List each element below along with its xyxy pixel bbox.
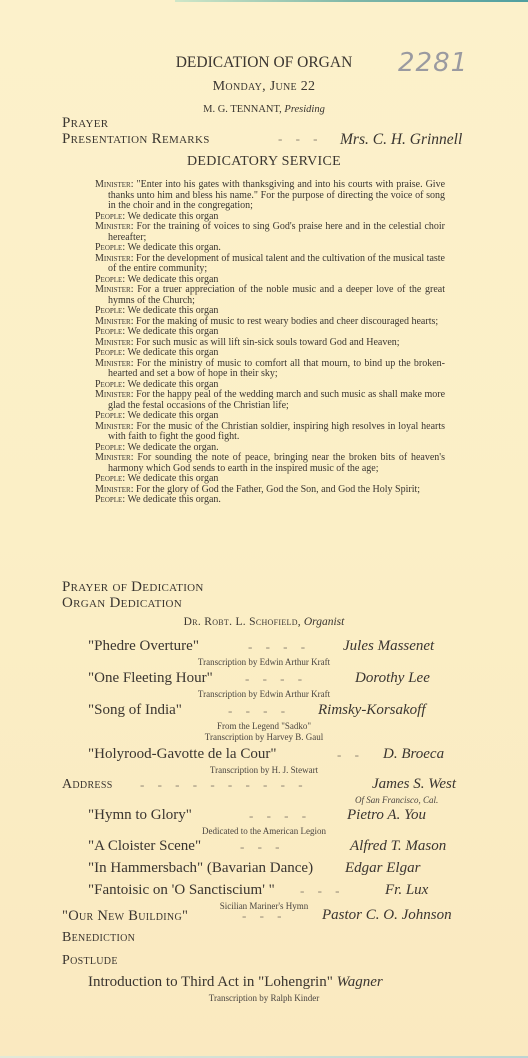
event-date: Monday, June 22 xyxy=(0,79,528,95)
presentation-person: Mrs. C. H. Grinnell xyxy=(340,131,462,149)
our-new-building-person: Pastor C. O. Johnson xyxy=(322,907,452,924)
litany-speaker: Minister: xyxy=(95,421,134,432)
dotted-leader: - - xyxy=(337,747,364,763)
litany-text: We dedicate this organ xyxy=(127,274,218,285)
postlude-title: Introduction to Third Act in "Lohengrin" xyxy=(88,974,333,990)
piece-title: "Holyrood-Gavotte de la Cour" xyxy=(88,746,276,763)
postlude-note: Transcription by Ralph Kinder xyxy=(0,993,528,1003)
organist-line: Dr. Robt. L. Schofield, Organist xyxy=(0,616,528,628)
piece-title: "One Fleeting Hour" xyxy=(88,670,213,687)
litany-speaker: Minister: xyxy=(95,358,134,369)
address-person: James S. West xyxy=(372,776,456,793)
litany-speaker: People: xyxy=(95,442,125,453)
litany-speaker: Minister: xyxy=(95,337,134,348)
program-page: DEDICATION OF ORGAN 2281 Monday, June 22… xyxy=(0,0,528,1058)
litany-text: For the glory of God the Father, God the… xyxy=(136,484,420,495)
our-new-building-title: "Our New Building" xyxy=(62,908,188,925)
litany-text: We dedicate this organ xyxy=(127,347,218,358)
litany-text: "Enter into his gates with thanksgiving … xyxy=(108,179,445,211)
litany-text: We dedicate the organ. xyxy=(127,442,218,453)
postlude-composer: Wagner xyxy=(337,974,383,990)
litany-text: For the music of the Christian soldier, … xyxy=(108,421,445,443)
litany-speaker: People: xyxy=(95,305,125,316)
piece-note: Dedicated to the American Legion xyxy=(0,826,528,836)
piece-note: Transcription by H. J. Stewart xyxy=(0,765,528,775)
presiding-line: M. G. TENNANT, Presiding xyxy=(0,104,528,115)
organ-dedication-heading: Organ Dedication xyxy=(62,595,182,612)
litany-text: We dedicate this organ. xyxy=(127,494,220,505)
litany-line: Minister: For the happy peal of the wedd… xyxy=(95,390,445,411)
piece-note: Transcription by Edwin Arthur Kraft xyxy=(0,657,528,667)
litany-speaker: Minister: xyxy=(95,389,134,400)
piece-title: "Phedre Overture" xyxy=(88,638,199,655)
litany-text: For a truer appreciation of the noble mu… xyxy=(108,284,445,306)
litany-speaker: People: xyxy=(95,347,125,358)
piece-composer: Rimsky-Korsakoff xyxy=(318,702,425,719)
piece-note: From the Legend "Sadko" xyxy=(0,721,528,731)
handwritten-number: 2281 xyxy=(398,48,468,78)
litany-text: We dedicate this organ xyxy=(127,211,218,222)
litany-speaker: Minister: xyxy=(95,253,134,264)
dedicatory-service-heading: DEDICATORY SERVICE xyxy=(0,154,528,170)
litany-text: We dedicate this organ xyxy=(127,410,218,421)
piece-title: "Hymn to Glory" xyxy=(88,807,192,824)
litany-line: Minister: For the development of musical… xyxy=(95,254,445,275)
litany-speaker: People: xyxy=(95,242,125,253)
prayer-of-dedication-heading: Prayer of Dedication xyxy=(62,579,204,596)
organist-role: Organist xyxy=(304,616,344,628)
dotted-leader: - - - xyxy=(300,883,345,899)
litany-text: For the happy peal of the wedding march … xyxy=(108,389,445,411)
litany-speaker: People: xyxy=(95,410,125,421)
dotted-leader: - - - xyxy=(240,839,285,855)
litany-line: Minister: For a truer appreciation of th… xyxy=(95,285,445,306)
litany-speaker: People: xyxy=(95,494,125,505)
litany-speaker: People: xyxy=(95,473,125,484)
litany-line: Minister: For the ministry of music to c… xyxy=(95,359,445,380)
dotted-leader: - - - - xyxy=(228,703,290,719)
litany-speaker: People: xyxy=(95,211,125,222)
litany-speaker: Minister: xyxy=(95,179,134,190)
litany-text: For the making of music to rest weary bo… xyxy=(136,316,438,327)
address-note: Of San Francisco, Cal. xyxy=(355,795,438,805)
responsive-litany: Minister: "Enter into his gates with tha… xyxy=(95,180,445,506)
piece-note: Transcription by Edwin Arthur Kraft xyxy=(0,689,528,699)
litany-text: We dedicate this organ xyxy=(127,473,218,484)
dotted-leader: - - - - xyxy=(249,808,311,824)
piece-composer: Alfred T. Mason xyxy=(350,838,446,855)
piece-composer: Edgar Elgar xyxy=(345,860,420,877)
piece-note: Transcription by Harvey B. Gaul xyxy=(0,732,528,742)
litany-text: For the training of voices to sing God's… xyxy=(108,221,445,243)
prayer-heading: Prayer xyxy=(62,115,108,132)
dotted-leader: - - - - - - - - - - xyxy=(140,777,308,793)
litany-line: Minister: "Enter into his gates with tha… xyxy=(95,180,445,212)
litany-text: We dedicate this organ xyxy=(127,305,218,316)
litany-text: For such music as will lift sin-sick sou… xyxy=(136,337,400,348)
litany-text: For the development of musical talent an… xyxy=(108,253,445,275)
presentation-remarks-label: Presentation Remarks xyxy=(62,131,210,148)
litany-speaker: Minister: xyxy=(95,484,134,495)
piece-composer: Dorothy Lee xyxy=(355,670,430,687)
litany-text: For sounding the note of peace, bringing… xyxy=(108,452,445,474)
litany-text: We dedicate this organ. xyxy=(127,242,220,253)
litany-line: People: We dedicate this organ. xyxy=(95,495,445,506)
litany-speaker: People: xyxy=(95,274,125,285)
piece-composer: D. Broeca xyxy=(383,746,444,763)
piece-composer: Pietro A. You xyxy=(347,807,426,824)
litany-text: We dedicate this organ xyxy=(127,326,218,337)
presiding-role: Presiding xyxy=(284,104,324,115)
piece-composer: Fr. Lux xyxy=(385,882,428,899)
dotted-leader: - - - - xyxy=(245,671,307,687)
litany-line: Minister: For the music of the Christian… xyxy=(95,422,445,443)
piece-title: "A Cloister Scene" xyxy=(88,838,201,855)
litany-speaker: Minister: xyxy=(95,284,134,295)
scan-edge-top xyxy=(175,0,528,2)
piece-title: "In Hammersbach" (Bavarian Dance) xyxy=(88,860,313,877)
litany-speaker: People: xyxy=(95,326,125,337)
litany-line: Minister: For the training of voices to … xyxy=(95,222,445,243)
benediction-heading: Benediction xyxy=(62,930,135,946)
litany-speaker: Minister: xyxy=(95,316,134,327)
litany-line: Minister: For sounding the note of peace… xyxy=(95,453,445,474)
piece-composer: Jules Massenet xyxy=(343,638,434,655)
litany-speaker: Minister: xyxy=(95,452,134,463)
organist-name: Dr. Robt. L. Schofield, xyxy=(184,616,301,628)
postlude-piece: Introduction to Third Act in "Lohengrin"… xyxy=(88,974,383,991)
litany-speaker: Minister: xyxy=(95,221,134,232)
litany-text: We dedicate this organ xyxy=(127,379,218,390)
litany-speaker: People: xyxy=(95,379,125,390)
piece-title: "Song of India" xyxy=(88,702,182,719)
presiding-name: M. G. TENNANT, xyxy=(203,104,282,115)
litany-text: For the ministry of music to comfort all… xyxy=(108,358,445,380)
postlude-heading: Postlude xyxy=(62,953,118,969)
piece-title: "Fantoisic on 'O Sanctiscium' " xyxy=(88,882,275,899)
address-label: Address xyxy=(62,777,113,793)
dotted-leader: - - - xyxy=(278,131,323,147)
dotted-leader: - - - xyxy=(242,908,287,924)
dotted-leader: - - - - xyxy=(248,639,310,655)
